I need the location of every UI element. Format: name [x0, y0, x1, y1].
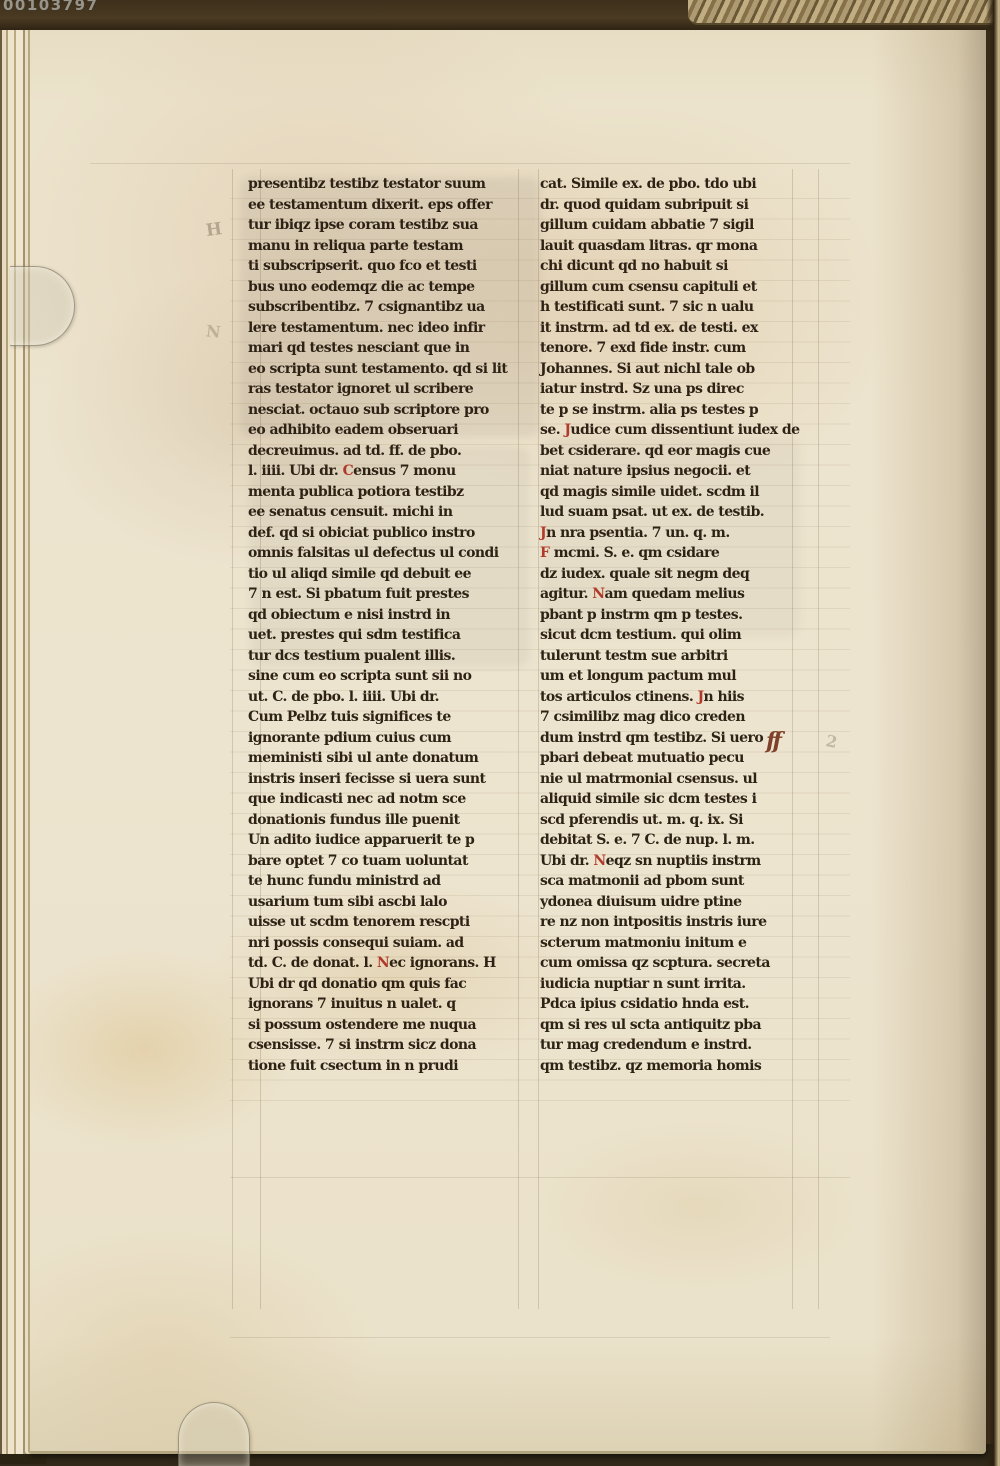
text-segment: instris inseri fecisse si uera sunt [248, 771, 485, 787]
ruling-line [818, 169, 819, 1309]
rubricated-initial: C [343, 463, 354, 479]
text-line: bus uno eodemqz die ac tempe [248, 277, 528, 298]
text-line: qm testibz. qz memoria homis [540, 1056, 798, 1077]
text-segment: n hiis [704, 689, 744, 705]
text-segment: te hunc fundu ministrd ad [248, 873, 441, 889]
text-line: mari qd testes nesciant que in [248, 338, 528, 359]
text-segment: l. iiii. Ubi dr. [248, 463, 343, 479]
text-segment: si possum ostendere me nuqua [248, 1017, 476, 1033]
text-line: Ubi dr qd donatio qm quis fac [248, 974, 528, 995]
ruling-line [90, 163, 850, 164]
text-line: lere testamentum. nec ideo infir [248, 318, 528, 339]
text-line: cum omissa qz scptura. secreta [540, 953, 798, 974]
text-segment: Un adito iudice apparuerit te p [248, 832, 474, 848]
text-line: ee senatus censuit. michi in [248, 502, 528, 523]
text-line: uet. prestes qui sdm testifica [248, 625, 528, 646]
text-segment: dr. quod quidam subripuit si [540, 197, 748, 213]
text-segment: Ubi dr. [540, 853, 593, 869]
text-line: scd pferendis ut. m. q. ix. Si [540, 810, 798, 831]
text-segment: menta publica potiora testibz [248, 484, 464, 500]
text-segment: tur dcs testium pualent illis. [248, 648, 455, 664]
text-segment: qm si res ul scta antiquitz pba [540, 1017, 761, 1033]
rubricated-initial: F [540, 545, 549, 561]
text-line: omnis falsitas ul defectus ul condi [248, 543, 528, 564]
text-segment: ensus 7 monu [353, 463, 455, 479]
text-segment: que indicasti nec ad notm sce [248, 791, 466, 807]
text-line: pbant p instrm qm p testes. [540, 605, 798, 626]
text-segment: Cum Pelbz tuis significes te [248, 709, 451, 725]
text-segment: ignorans 7 inuitus n ualet. q [248, 996, 456, 1012]
text-segment: tulerunt testm sue arbitri [540, 648, 728, 664]
text-line: 7 n est. Si pbatum fuit prestes [248, 584, 528, 605]
text-line: tulerunt testm sue arbitri [540, 646, 798, 667]
text-line: sicut dcm testium. qui olim [540, 625, 798, 646]
text-segment: bare optet 7 co tuam uoluntat [248, 853, 468, 869]
text-segment: niat nature ipsius negocii. et [540, 463, 750, 479]
text-segment: decreuimus. ad td. ff. de pbo. [248, 443, 461, 459]
text-segment: eo adhibito eadem obseruari [248, 422, 458, 438]
text-line: ras testator ignoret ul scribere [248, 379, 528, 400]
text-segment: bet csiderare. qd eor magis cue [540, 443, 770, 459]
text-line: ee testamentum dixerit. eps offer [248, 195, 528, 216]
text-line: presentibz testibz testator suum [248, 174, 528, 195]
text-segment: eo scripta sunt testamento. qd si lit [248, 361, 507, 377]
text-line: iatur instrd. Sz una ps direc [540, 379, 798, 400]
text-segment: gillum cum csensu capituli et [540, 279, 757, 295]
text-segment: cat. Simile ex. de pbo. tdo ubi [540, 176, 756, 192]
text-segment: Pdca ipius csidatio hnda est. [540, 996, 749, 1012]
text-line: te hunc fundu ministrd ad [248, 871, 528, 892]
text-segment: dum instrd qm testibz. Si uero [540, 730, 763, 746]
text-segment: scterum matmoniu initum e [540, 935, 746, 951]
text-line: nie ul matrmonial csensus. ul [540, 769, 798, 790]
text-segment: mcmi. S. e. qm csidare [549, 545, 719, 561]
text-segment: def. qd si obiciat publico instro [248, 525, 475, 541]
text-line: iudicia nuptiar n sunt irrita. [540, 974, 798, 995]
text-line: qd obiectum e nisi instrd in [248, 605, 528, 626]
margin-note-left-mid: N [205, 321, 222, 341]
text-line: Ubi dr. Neqz sn nuptiis instrm [540, 851, 798, 872]
text-segment: se. [540, 422, 564, 438]
text-segment: donationis fundus ille puenit [248, 812, 459, 828]
text-segment: lud suam psat. ut ex. de testib. [540, 504, 764, 520]
manuscript-page: presentibz testibz testator suumee testa… [30, 15, 986, 1454]
text-segment: tio ul aliqd simile qd debuit ee [248, 566, 471, 582]
text-line: eo scripta sunt testamento. qd si lit [248, 359, 528, 380]
text-line: l. iiii. Ubi dr. Census 7 monu [248, 461, 528, 482]
text-segment: lauit quasdam litras. qr mona [540, 238, 757, 254]
text-segment: qd obiectum e nisi instrd in [248, 607, 450, 623]
text-line: dum instrd qm testibz. Si uero [540, 728, 798, 749]
margin-note-left-top: H [205, 219, 224, 241]
rubricated-initial: N [592, 586, 604, 602]
page-clip-bottom [178, 1402, 250, 1466]
text-line: tione fuit csectum in n prudi [248, 1056, 528, 1077]
text-line: ut. C. de pbo. l. iiii. Ubi dr. [248, 687, 528, 708]
text-line: qd magis simile uidet. scdm il [540, 482, 798, 503]
text-segment: te p se instrm. alia ps testes p [540, 402, 758, 418]
text-segment: agitur. [540, 586, 592, 602]
text-segment: h testificati sunt. 7 sic n ualu [540, 299, 754, 315]
text-line: te p se instrm. alia ps testes p [540, 400, 798, 421]
text-segment: chi dicunt qd no habuit si [540, 258, 728, 274]
ruling-line [230, 1177, 850, 1178]
text-line: Pdca ipius csidatio hnda est. [540, 994, 798, 1015]
text-segment: re nz non intpositis instris iure [540, 914, 767, 930]
text-segment: lere testamentum. nec ideo infir [248, 320, 485, 336]
text-segment: ee senatus censuit. michi in [248, 504, 452, 520]
text-segment: aliquid simile sic dcm testes i [540, 791, 756, 807]
text-line: Cum Pelbz tuis significes te [248, 707, 528, 728]
text-segment: omnis falsitas ul defectus ul condi [248, 545, 499, 561]
text-segment: nesciat. octauo sub scriptore pro [248, 402, 489, 418]
text-line: ydonea diuisum uidre ptine [540, 892, 798, 913]
text-line: decreuimus. ad td. ff. de pbo. [248, 441, 528, 462]
text-segment: dz iudex. quale sit negm deq [540, 566, 749, 582]
text-line: tenore. 7 exd fide instr. cum [540, 338, 798, 359]
text-line: debitat S. e. 7 C. de nup. l. m. [540, 830, 798, 851]
text-line: se. Judice cum dissentiunt iudex de [540, 420, 798, 441]
text-line: gillum cuidam abbatie 7 sigil [540, 215, 798, 236]
ruling-line [230, 1337, 830, 1338]
text-segment: udice cum dissentiunt iudex de [570, 422, 799, 438]
text-segment: iatur instrd. Sz una ps direc [540, 381, 744, 397]
text-segment: meministi sibi ul ante donatum [248, 750, 478, 766]
text-line: Johannes. Si aut nichl tale ob [540, 359, 798, 380]
text-line: it instrm. ad td ex. de testi. ex [540, 318, 798, 339]
text-line: aliquid simile sic dcm testes i [540, 789, 798, 810]
text-segment: bus uno eodemqz die ac tempe [248, 279, 475, 295]
text-line: lud suam psat. ut ex. de testib. [540, 502, 798, 523]
text-segment: ut. C. de pbo. l. iiii. Ubi dr. [248, 689, 439, 705]
text-line: nesciat. octauo sub scriptore pro [248, 400, 528, 421]
gutter-shadow [986, 0, 1000, 1466]
text-segment: usarium tum sibi ascbi lalo [248, 894, 447, 910]
text-line: csensisse. 7 si instrm sicz dona [248, 1035, 528, 1056]
text-line: sine cum eo scripta sunt sii no [248, 666, 528, 687]
text-line: meministi sibi ul ante donatum [248, 748, 528, 769]
text-line: niat nature ipsius negocii. et [540, 461, 798, 482]
text-segment: Johannes. Si aut nichl tale ob [540, 361, 755, 377]
margin-note-right: ff [766, 728, 779, 754]
text-line: tur ibiqz ipse coram testibz sua [248, 215, 528, 236]
text-segment: 7 n est. Si pbatum fuit prestes [248, 586, 469, 602]
text-segment: pbant p instrm qm p testes. [540, 607, 742, 623]
text-segment: n nra psentia. 7 un. q. m. [546, 525, 730, 541]
text-line: td. C. de donat. l. Nec ignorans. H [248, 953, 528, 974]
text-segment: eqz sn nuptiis instrm [606, 853, 761, 869]
text-segment: ee testamentum dixerit. eps offer [248, 197, 492, 213]
text-segment: uet. prestes qui sdm testifica [248, 627, 460, 643]
text-column-right: cat. Simile ex. de pbo. tdo ubidr. quod … [540, 174, 798, 1076]
text-line: eo adhibito eadem obseruari [248, 420, 528, 441]
text-line: Un adito iudice apparuerit te p [248, 830, 528, 851]
text-segment: subscribentibz. 7 csignantibz ua [248, 299, 485, 315]
text-line: chi dicunt qd no habuit si [540, 256, 798, 277]
text-line: h testificati sunt. 7 sic n ualu [540, 297, 798, 318]
text-line: dz iudex. quale sit negm deq [540, 564, 798, 585]
text-line: usarium tum sibi ascbi lalo [248, 892, 528, 913]
text-column-left: presentibz testibz testator suumee testa… [248, 174, 528, 1076]
text-segment: Ubi dr qd donatio qm quis fac [248, 976, 466, 992]
text-line: F mcmi. S. e. qm csidare [540, 543, 798, 564]
text-segment: sine cum eo scripta sunt sii no [248, 668, 471, 684]
text-segment: sicut dcm testium. qui olim [540, 627, 741, 643]
text-line: qm si res ul scta antiquitz pba [540, 1015, 798, 1036]
text-line: lauit quasdam litras. qr mona [540, 236, 798, 257]
manuscript-photo: presentibz testibz testator suumee testa… [0, 0, 1000, 1466]
text-line: gillum cum csensu capituli et [540, 277, 798, 298]
text-segment: tur ibiqz ipse coram testibz sua [248, 217, 478, 233]
text-segment: tur mag credendum e instrd. [540, 1037, 752, 1053]
ruling-line [232, 169, 233, 1309]
text-line: Jn nra psentia. 7 un. q. m. [540, 523, 798, 544]
text-line: uisse ut scdm tenorem rescpti [248, 912, 528, 933]
text-segment: manu in reliqua parte testam [248, 238, 463, 254]
text-segment: um et longum pactum mul [540, 668, 736, 684]
text-segment: 7 csimilibz mag dico creden [540, 709, 745, 725]
text-line: tio ul aliqd simile qd debuit ee [248, 564, 528, 585]
text-segment: scd pferendis ut. m. q. ix. Si [540, 812, 743, 828]
text-line: ignorante pdium cuius cum [248, 728, 528, 749]
text-line: re nz non intpositis instris iure [540, 912, 798, 933]
text-segment: ras testator ignoret ul scribere [248, 381, 473, 397]
text-segment: ydonea diuisum uidre ptine [540, 894, 741, 910]
text-line: bare optet 7 co tuam uoluntat [248, 851, 528, 872]
text-line: scterum matmoniu initum e [540, 933, 798, 954]
text-line: bet csiderare. qd eor magis cue [540, 441, 798, 462]
endband-braid-icon [688, 0, 1000, 25]
text-line: nri possis consequi suiam. ad [248, 933, 528, 954]
text-line: agitur. Nam quedam melius [540, 584, 798, 605]
text-segment: am quedam melius [605, 586, 745, 602]
text-line: pbari debeat mutuatio pecu [540, 748, 798, 769]
text-segment: qm testibz. qz memoria homis [540, 1058, 761, 1074]
text-line: ti subscripserit. quo fco et testi [248, 256, 528, 277]
text-line: subscribentibz. 7 csignantibz ua [248, 297, 528, 318]
text-line: que indicasti nec ad notm sce [248, 789, 528, 810]
text-segment: ec ignorans. H [389, 955, 496, 971]
text-segment: mari qd testes nesciant que in [248, 340, 469, 356]
text-segment: gillum cuidam abbatie 7 sigil [540, 217, 754, 233]
text-segment: it instrm. ad td ex. de testi. ex [540, 320, 758, 336]
text-line: tur dcs testium pualent illis. [248, 646, 528, 667]
text-segment: iudicia nuptiar n sunt irrita. [540, 976, 746, 992]
text-line: 7 csimilibz mag dico creden [540, 707, 798, 728]
text-segment: nri possis consequi suiam. ad [248, 935, 464, 951]
rubricated-initial: N [377, 955, 389, 971]
text-segment: sca matmonii ad pbom sunt [540, 873, 744, 889]
text-line: tur mag credendum e instrd. [540, 1035, 798, 1056]
text-segment: pbari debeat mutuatio pecu [540, 750, 744, 766]
text-line: tos articulos ctinens. Jn hiis [540, 687, 798, 708]
archive-number: 00103797 [3, 0, 99, 14]
text-segment: tione fuit csectum in n prudi [248, 1058, 458, 1074]
text-segment: presentibz testibz testator suum [248, 176, 485, 192]
text-segment: uisse ut scdm tenorem rescpti [248, 914, 470, 930]
text-line: def. qd si obiciat publico instro [248, 523, 528, 544]
text-segment: td. C. de donat. l. [248, 955, 377, 971]
text-segment: ignorante pdium cuius cum [248, 730, 451, 746]
text-line: instris inseri fecisse si uera sunt [248, 769, 528, 790]
text-segment: qd magis simile uidet. scdm il [540, 484, 759, 500]
text-line: menta publica potiora testibz [248, 482, 528, 503]
text-segment: debitat S. e. 7 C. de nup. l. m. [540, 832, 755, 848]
text-line: cat. Simile ex. de pbo. tdo ubi [540, 174, 798, 195]
text-line: sca matmonii ad pbom sunt [540, 871, 798, 892]
text-line: si possum ostendere me nuqua [248, 1015, 528, 1036]
text-segment: ti subscripserit. quo fco et testi [248, 258, 477, 274]
text-segment: tos articulos ctinens. [540, 689, 697, 705]
text-segment: csensisse. 7 si instrm sicz dona [248, 1037, 476, 1053]
text-line: dr. quod quidam subripuit si [540, 195, 798, 216]
text-segment: nie ul matrmonial csensus. ul [540, 771, 757, 787]
text-line: ignorans 7 inuitus n ualet. q [248, 994, 528, 1015]
text-line: um et longum pactum mul [540, 666, 798, 687]
text-segment: tenore. 7 exd fide instr. cum [540, 340, 746, 356]
text-line: manu in reliqua parte testam [248, 236, 528, 257]
rubricated-initial: N [593, 853, 605, 869]
text-line: donationis fundus ille puenit [248, 810, 528, 831]
text-segment: cum omissa qz scptura. secreta [540, 955, 770, 971]
